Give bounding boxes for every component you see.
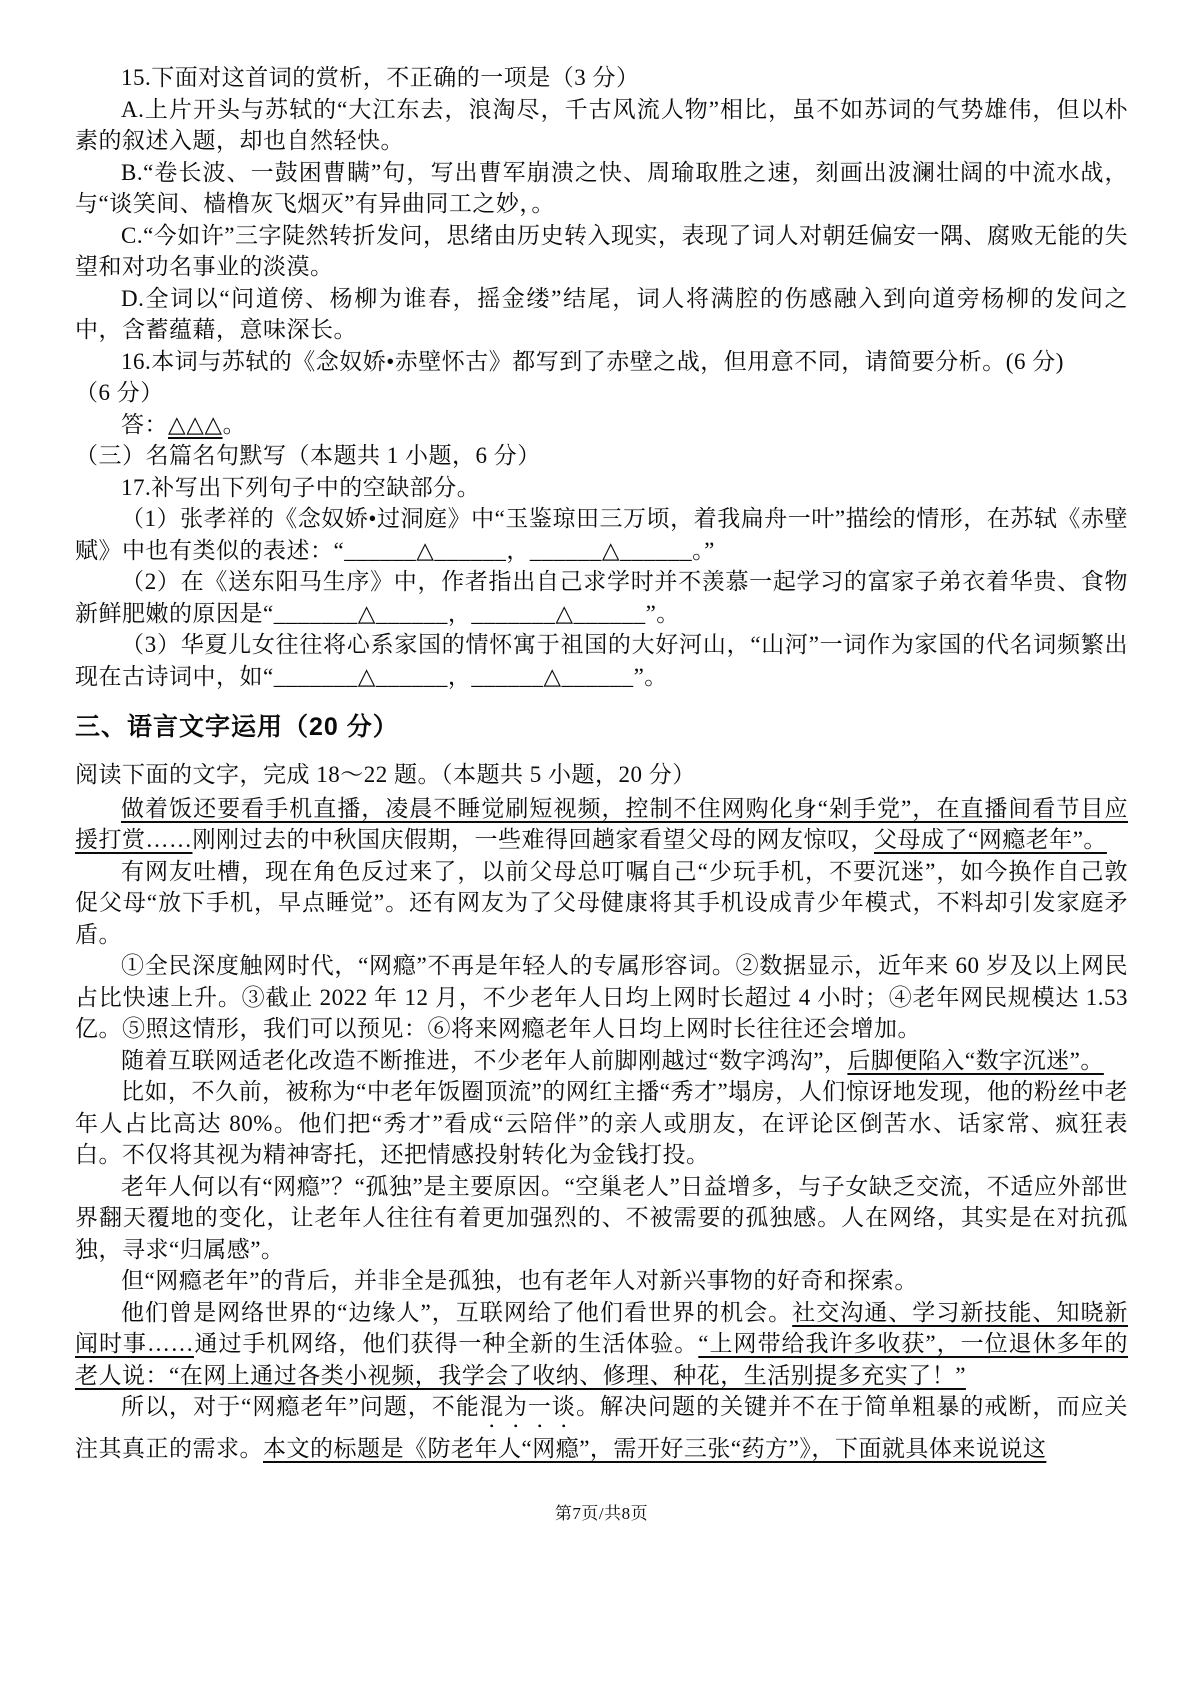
text-segment: （1）张孝祥的《念奴娇•过洞庭》中“玉鉴琼田三万顷，着我扁舟一叶”描绘的情形，在… <box>75 506 1128 563</box>
text-segment: D.全词以“问道傍、杨柳为谁春，摇金缕”结尾，词人将满腔的伤感融入到向道旁杨柳的… <box>75 286 1128 343</box>
text-segment: B.“卷长波、一鼓困曹瞒”句，写出曹军崩溃之快、周瑜取胜之速，刻画出波澜壮阔的中… <box>75 160 1128 217</box>
answer-blank: △△△ <box>168 412 223 437</box>
passage-paragraph-8: 他们曾是网络世界的“边缘人”，互联网给了他们看世界的机会。社交沟通、学习新技能、… <box>75 1297 1128 1392</box>
text-segment: 阅读下面的文字，完成 18～22 题。（本题共 5 小题，20 分） <box>75 762 696 787</box>
text-segment: 随着互联网适老化改造不断推进，不少老年人前脚刚越过“数字鸿沟”， <box>121 1048 847 1073</box>
text-segment: ①全民深度触网时代，“网瘾”不再是年轻人的专属形容词。②数据显示，近年来 60 … <box>75 953 1128 1041</box>
question-17-3: （3）华夏儿女往往将心系家国的情怀寓于祖国的大好河山，“山河”一词作为家国的代名… <box>75 629 1128 692</box>
text-segment: （3）华夏儿女往往将心系家国的情怀寓于祖国的大好河山，“山河”一词作为家国的代名… <box>75 632 1128 689</box>
question-15: 15.下面对这首词的赏析，不正确的一项是（3 分） <box>75 62 1128 94</box>
passage-paragraph-9: 所以，对于“网瘾老年”问题，不能混为一谈。解决问题的关键并不在于简单粗暴的戒断，… <box>75 1391 1128 1465</box>
text-segment: 刚刚过去的中秋国庆假期，一些难得回趟家看望父母的网友惊叹， <box>193 827 875 852</box>
passage-paragraph-3: ①全民深度触网时代，“网瘾”不再是年轻人的专属形容词。②数据显示，近年来 60 … <box>75 950 1128 1045</box>
text-segment: 他们曾是网络世界的“边缘人”，互联网给了他们看世界的机会。 <box>121 1300 792 1325</box>
question-17-1: （1）张孝祥的《念奴娇•过洞庭》中“玉鉴琼田三万顷，着我扁舟一叶”描绘的情形，在… <box>75 503 1128 566</box>
option-d: D.全词以“问道傍、杨柳为谁春，摇金缕”结尾，词人将满腔的伤感融入到向道旁杨柳的… <box>75 283 1128 346</box>
exam-paper-page: 15.下面对这首词的赏析，不正确的一项是（3 分） A.上片开头与苏轼的“大江东… <box>0 0 1200 1698</box>
text-segment: 15.下面对这首词的赏析，不正确的一项是（3 分） <box>121 65 640 90</box>
option-c: C.“今如许”三字陡然转折发问，思绪由历史转入现实，表现了词人对朝廷偏安一隅、腐… <box>75 220 1128 283</box>
text-segment: 16.本词与苏轼的《念奴娇•赤壁怀古》都写到了赤壁之战，但用意不同，请简要分析。… <box>121 349 1064 374</box>
question-16-score: （6 分） <box>75 377 1128 409</box>
text-segment: 但“网瘾老年”的背后，并非全是孤独，也有老年人对新兴事物的好奇和探索。 <box>121 1268 918 1293</box>
passage-paragraph-1: 做着饭还要看手机直播，凌晨不睡觉刷短视频，控制不住网购化身“剁手党”，在直播间看… <box>75 793 1128 856</box>
page-footer: 第7页/共8页 <box>75 1499 1128 1524</box>
passage-paragraph-5: 比如，不久前，被称为“中老年饭圈顶流”的网红主播“秀才”塌房，人们惊讶地发现，他… <box>75 1076 1128 1171</box>
subsection-3-heading: （三）名篇名句默写（本题共 1 小题，6 分） <box>75 440 1128 472</box>
text-segment: C.“今如许”三字陡然转折发问，思绪由历史转入现实，表现了词人对朝廷偏安一隅、腐… <box>75 223 1128 280</box>
underlined-text: 后脚便陷入“数字沉迷”。 <box>847 1048 1103 1073</box>
passage-paragraph-7: 但“网瘾老年”的背后，并非全是孤独，也有老年人对新兴事物的好奇和探索。 <box>75 1265 1128 1297</box>
passage-intro: 阅读下面的文字，完成 18～22 题。（本题共 5 小题，20 分） <box>75 759 1128 791</box>
question-16: 16.本词与苏轼的《念奴娇•赤壁怀古》都写到了赤壁之战，但用意不同，请简要分析。… <box>75 346 1128 378</box>
option-b: B.“卷长波、一鼓困曹瞒”句，写出曹军崩溃之快、周瑜取胜之速，刻画出波澜壮阔的中… <box>75 157 1128 220</box>
text-segment: A.上片开头与苏轼的“大江东去，浪淘尽，千古风流人物”相比，虽不如苏词的气势雄伟… <box>75 97 1128 154</box>
text-segment: （三）名篇名句默写（本题共 1 小题，6 分） <box>75 443 541 468</box>
passage-paragraph-6: 老年人何以有“网瘾”？“孤独”是主要原因。“空巢老人”日益增多，与子女缺乏交流，… <box>75 1171 1128 1266</box>
passage-paragraph-4: 随着互联网适老化改造不断推进，不少老年人前脚刚越过“数字鸿沟”，后脚便陷入“数字… <box>75 1045 1128 1077</box>
answer-line: 答：△△△。 <box>75 409 1128 441</box>
passage-paragraph-2: 有网友吐槽，现在角色反过来了，以前父母总叮嘱自己“少玩手机，不要沉迷”，如今换作… <box>75 856 1128 951</box>
text-segment: （2）在《送东阳马生序》中，作者指出自己求学时并不羡慕一起学习的富家子弟衣着华贵… <box>75 569 1128 626</box>
text-segment: 所以，对于“网瘾老年”问题，不能 <box>121 1394 480 1419</box>
option-a: A.上片开头与苏轼的“大江东去，浪淘尽，千古风流人物”相比，虽不如苏词的气势雄伟… <box>75 94 1128 157</box>
text-segment: 比如，不久前，被称为“中老年饭圈顶流”的网红主播“秀才”塌房，人们惊讶地发现，他… <box>75 1079 1128 1167</box>
text-segment: 有网友吐槽，现在角色反过来了，以前父母总叮嘱自己“少玩手机，不要沉迷”，如今换作… <box>75 859 1128 947</box>
underlined-text: 父母成了“网瘾老年”。 <box>874 827 1107 852</box>
text-segment: （6 分） <box>75 380 164 405</box>
text-segment: 老年人何以有“网瘾”？“孤独”是主要原因。“空巢老人”日益增多，与子女缺乏交流，… <box>75 1174 1128 1262</box>
emphasized-text: 混为一谈 <box>480 1394 576 1419</box>
answer-label: 答： <box>121 412 168 437</box>
underlined-text: 本文的标题是《防老年人“网瘾”，需开好三张“药方”》，下面就具体来说说这 <box>263 1436 1046 1461</box>
document-body: 15.下面对这首词的赏析，不正确的一项是（3 分） A.上片开头与苏轼的“大江东… <box>75 62 1128 1465</box>
text-segment: 17.补写出下列句子中的空缺部分。 <box>121 475 480 500</box>
text-segment: 通过手机网络，他们获得一种全新的生活体验。 <box>194 1331 698 1356</box>
question-17-2: （2）在《送东阳马生序》中，作者指出自己求学时并不羡慕一起学习的富家子弟衣着华贵… <box>75 566 1128 629</box>
section-heading: 三、语言文字运用（20 分） <box>75 712 1128 742</box>
question-17: 17.补写出下列句子中的空缺部分。 <box>75 472 1128 504</box>
text-segment: 。 <box>223 412 247 437</box>
